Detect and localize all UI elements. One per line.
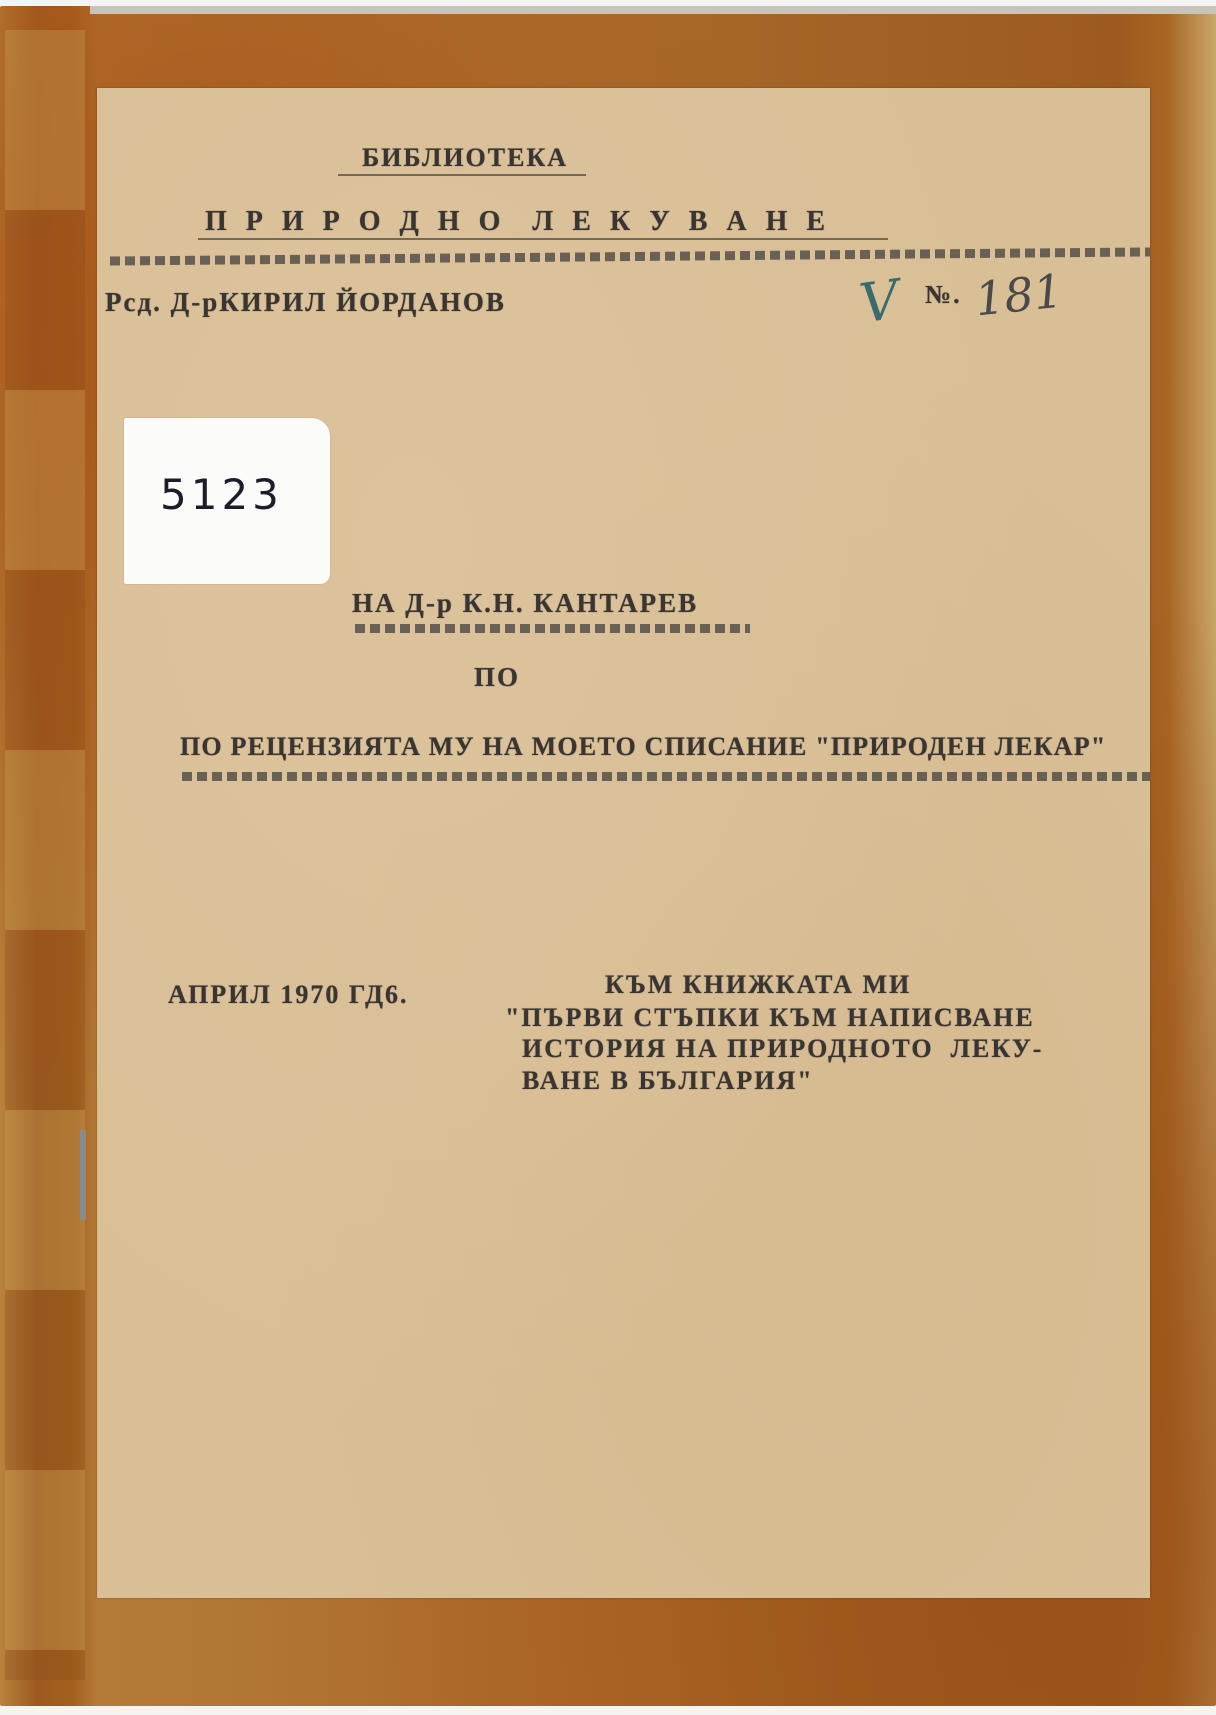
book-ref-line1: КЪМ КНИЖКАТА МИ — [605, 970, 911, 1000]
addressee-dotted-rule — [355, 624, 750, 633]
by-label: ПО — [474, 662, 520, 693]
handwritten-number: 181 — [972, 264, 1065, 327]
subject-line: ПО РЕЦЕНЗИЯТА МУ НА МОЕТО СПИСАНИЕ "ПРИР… — [180, 732, 1106, 762]
cover-top-edge — [90, 6, 1216, 14]
book-ref-line4: ВАНЕ В БЪЛГАРИЯ" — [522, 1066, 814, 1096]
subject-dotted-rule — [182, 772, 1150, 781]
inventory-number: 5123 — [160, 470, 283, 519]
book-ref-line3: ИСТОРИЯ НА ПРИРОДНОТО ЛЕКУ- — [522, 1034, 1043, 1064]
spine-mark — [80, 1130, 86, 1220]
inventory-sticker: 5123 — [124, 418, 330, 584]
author-line: Рсд. Д-рКИРИЛ ЙОРДАНОВ — [105, 287, 506, 318]
date: АПРИЛ 1970 ГД6. — [168, 980, 408, 1010]
series-title-underline — [198, 238, 888, 240]
library-label-underline — [338, 174, 586, 176]
series-title: П Р И Р О Д Н О Л Е К У В А Н Е — [205, 206, 831, 238]
addressee: НА Д-р К.Н. КАНТАРЕВ — [352, 588, 698, 619]
spine-tape — [5, 30, 85, 1680]
library-label: БИБЛИОТЕКА — [362, 143, 568, 173]
number-prefix: №. — [925, 280, 962, 310]
book-ref-line2: "ПЪРВИ СТЪПКИ КЪМ НАПИСВАНЕ — [505, 1003, 1035, 1033]
